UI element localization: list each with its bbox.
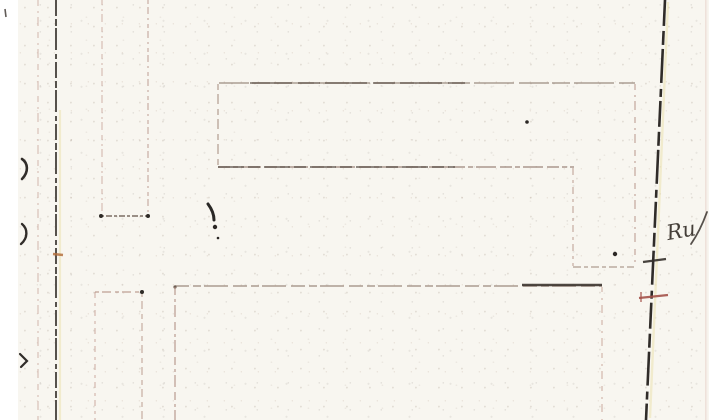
parcel-notch-interior-dot [613, 252, 617, 256]
ink-mark-dot-low [217, 237, 220, 240]
edge-mark-chevron [20, 354, 27, 367]
diagonal-survey-tick-upper [643, 259, 666, 262]
edge-mark-paren-lower [21, 224, 26, 244]
plan-svg: Ru [0, 0, 720, 420]
lower-strip-corner-dot [140, 290, 144, 294]
ink-mark-dot-mid [213, 225, 217, 229]
ink-mark-stroke [208, 204, 214, 220]
parcel-upper-interior-dot [525, 120, 529, 124]
edge-mark-paren-upper [22, 159, 27, 179]
diagonal-survey-tick-lower [639, 295, 668, 298]
diagonal-boundary-line [646, 0, 665, 420]
edge-mark-top-dash [5, 9, 6, 17]
left-line-orange-tick [53, 254, 63, 255]
upper-strip-corner-dot-left [99, 214, 103, 218]
diagonal-boundary-yellow-streak [650, 2, 668, 418]
scanned-plat-map-page: Ru [0, 0, 720, 420]
upper-strip-corner-dot-right [146, 214, 150, 218]
